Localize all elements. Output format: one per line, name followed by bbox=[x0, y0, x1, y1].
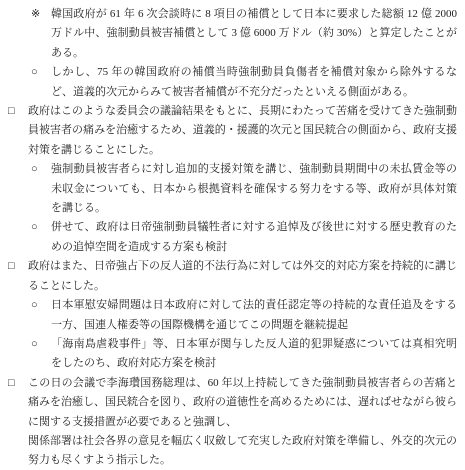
list-item-body: 政府はまた、日帝強占下の反人道的不法行為に対しては外交的対応方案を持続的に講じる… bbox=[28, 257, 457, 296]
paragraph-text: 強制動員被害者らに対し追加的支援対策を講じ、強制動員期間中の未払賃金等の未収金に… bbox=[51, 160, 457, 218]
paragraph-text: しかし、75 年の韓国政府の補償当時強制動員負傷者を補償対象から除外するなど、道… bbox=[51, 63, 457, 102]
paragraph-text: 併せて、政府は日帝強制動員犠牲者に対する追悼及び後世に対する歴史教育のための追悼… bbox=[51, 218, 457, 257]
paragraph-text: 韓国政府が 61 年 6 次会談時に 8 項目の補償として日本に要求した総額 1… bbox=[51, 5, 457, 63]
list-item-body: 日本軍慰安婦問題は日本政府に対して法的責任認定等の持続的な責任追及をする一方、国… bbox=[51, 296, 457, 335]
list-item-body: 併せて、政府は日帝強制動員犠牲者に対する追悼及び後世に対する歴史教育のための追悼… bbox=[51, 218, 457, 257]
reference-mark-bullet: ※ bbox=[31, 5, 51, 24]
list-item-sub: ○ 「海南島虐殺事件」等、日本軍が関与した反人道的犯罪疑惑については真相究明をし… bbox=[0, 335, 457, 374]
paragraph-text: 関係部署は社会各界の意見を幅広く収斂して充実した政府対策を準備し、外交的次元の努… bbox=[28, 432, 457, 470]
list-item-main: □ 政府はまた、日帝強占下の反人道的不法行為に対しては外交的対応方案を持続的に講… bbox=[0, 257, 457, 296]
list-item-body: 韓国政府が 61 年 6 次会談時に 8 項目の補償として日本に要求した総額 1… bbox=[51, 5, 457, 63]
list-item-body: 強制動員被害者らに対し追加的支援対策を講じ、強制動員期間中の未払賃金等の未収金に… bbox=[51, 160, 457, 218]
circle-bullet: ○ bbox=[31, 160, 51, 179]
square-bullet: □ bbox=[8, 102, 28, 121]
circle-bullet: ○ bbox=[31, 63, 51, 82]
square-bullet: □ bbox=[8, 257, 28, 276]
circle-bullet: ○ bbox=[31, 218, 51, 237]
list-item-sub: ○ 日本軍慰安婦問題は日本政府に対して法的責任認定等の持続的な責任追及をする一方… bbox=[0, 296, 457, 335]
square-bullet: □ bbox=[8, 374, 28, 393]
paragraph-text: 「海南島虐殺事件」等、日本軍が関与した反人道的犯罪疑惑については真相究明をしたの… bbox=[51, 335, 457, 374]
document-page: ※ 韓国政府が 61 年 6 次会談時に 8 項目の補償として日本に要求した総額… bbox=[0, 0, 465, 470]
list-item-body: 「海南島虐殺事件」等、日本軍が関与した反人道的犯罪疑惑については真相究明をしたの… bbox=[51, 335, 457, 374]
paragraph-text: 政府はまた、日帝強占下の反人道的不法行為に対しては外交的対応方案を持続的に講じる… bbox=[28, 257, 457, 296]
circle-bullet: ○ bbox=[31, 335, 51, 354]
list-item-sub: ○ 併せて、政府は日帝強制動員犠牲者に対する追悼及び後世に対する歴史教育のための… bbox=[0, 218, 457, 257]
list-item-note: ※ 韓国政府が 61 年 6 次会談時に 8 項目の補償として日本に要求した総額… bbox=[0, 5, 457, 63]
paragraph-text: この日の会議で李海瓚国務総理は、60 年以上持続してきた強制動員被害者らの苦痛と… bbox=[28, 374, 457, 432]
paragraph-text: 政府はこのような委員会の議論結果をもとに、長期にわたって苦痛を受けてきた強制動員… bbox=[28, 102, 457, 160]
paragraph-text: 日本軍慰安婦問題は日本政府に対して法的責任認定等の持続的な責任追及をする一方、国… bbox=[51, 296, 457, 335]
list-item-main: □ 政府はこのような委員会の議論結果をもとに、長期にわたって苦痛を受けてきた強制… bbox=[0, 102, 457, 160]
list-item-body: この日の会議で李海瓚国務総理は、60 年以上持続してきた強制動員被害者らの苦痛と… bbox=[28, 374, 457, 470]
list-item-main: □ この日の会議で李海瓚国務総理は、60 年以上持続してきた強制動員被害者らの苦… bbox=[0, 374, 457, 470]
circle-bullet: ○ bbox=[31, 296, 51, 315]
list-item-sub: ○ 強制動員被害者らに対し追加的支援対策を講じ、強制動員期間中の未払賃金等の未収… bbox=[0, 160, 457, 218]
list-item-body: しかし、75 年の韓国政府の補償当時強制動員負傷者を補償対象から除外するなど、道… bbox=[51, 63, 457, 102]
list-item-body: 政府はこのような委員会の議論結果をもとに、長期にわたって苦痛を受けてきた強制動員… bbox=[28, 102, 457, 160]
list-item-sub: ○ しかし、75 年の韓国政府の補償当時強制動員負傷者を補償対象から除外するなど… bbox=[0, 63, 457, 102]
